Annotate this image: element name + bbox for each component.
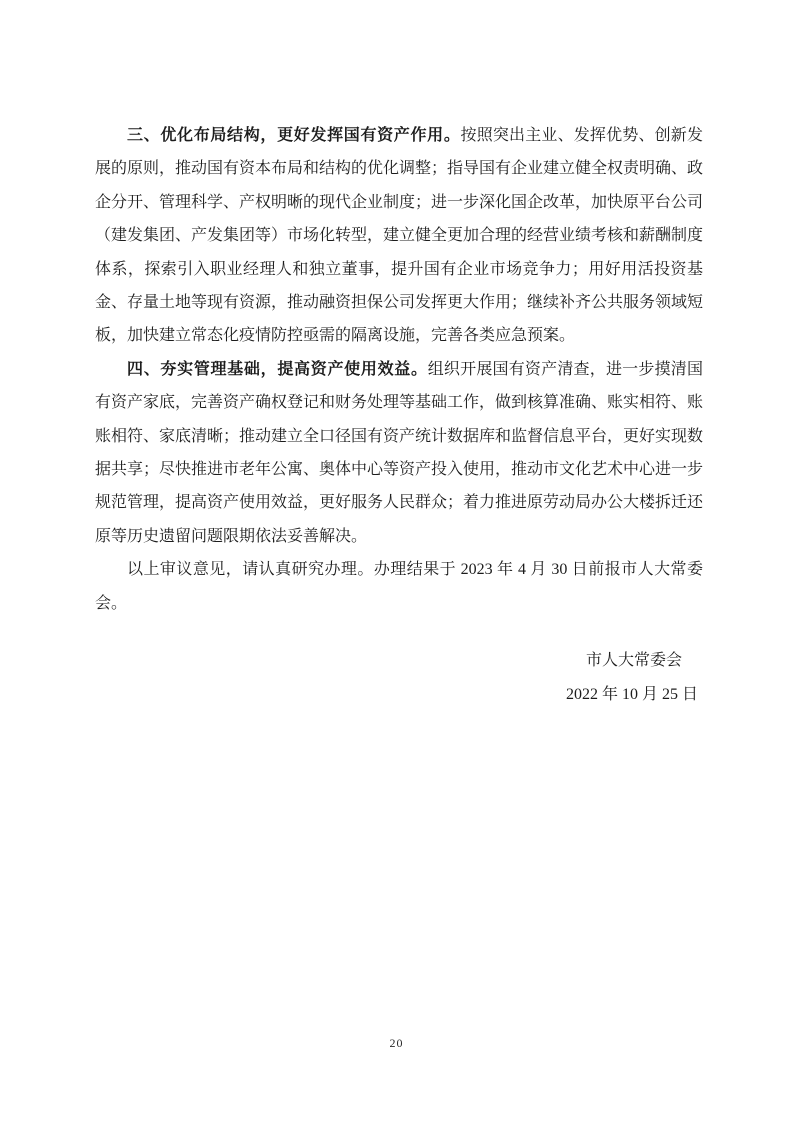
- paragraph-body: 按照突出主业、发挥优势、创新发展的原则，推动国有资本布局和结构的优化调整；指导国…: [95, 127, 703, 344]
- document-page: 三、优化布局结构，更好发挥国有资产作用。按照突出主业、发挥优势、创新发展的原则，…: [0, 0, 793, 1122]
- document-body: 三、优化布局结构，更好发挥国有资产作用。按照突出主业、发挥优势、创新发展的原则，…: [95, 119, 703, 711]
- paragraph-lead: 四、夯实管理基础，提高资产使用效益。: [127, 361, 428, 378]
- signature-date: 2022 年 10 月 25 日: [95, 678, 703, 711]
- paragraph-lead: 三、优化布局结构，更好发挥国有资产作用。: [127, 127, 461, 144]
- signature-name: 市人大常委会: [95, 644, 703, 677]
- paragraph: 三、优化布局结构，更好发挥国有资产作用。按照突出主业、发挥优势、创新发展的原则，…: [95, 119, 703, 353]
- page-number: 20: [0, 1036, 793, 1051]
- paragraph-body: 以上审议意见，请认真研究办理。办理结果于 2023 年 4 月 30 日前报市人…: [95, 561, 703, 611]
- paragraph: 四、夯实管理基础，提高资产使用效益。组织开展国有资产清查，进一步摸清国有资产家底…: [95, 353, 703, 553]
- paragraph-body: 组织开展国有资产清查，进一步摸清国有资产家底，完善资产确权登记和财务处理等基础工…: [95, 361, 703, 545]
- signature-block: 市人大常委会 2022 年 10 月 25 日: [95, 644, 703, 711]
- paragraph: 以上审议意见，请认真研究办理。办理结果于 2023 年 4 月 30 日前报市人…: [95, 553, 703, 620]
